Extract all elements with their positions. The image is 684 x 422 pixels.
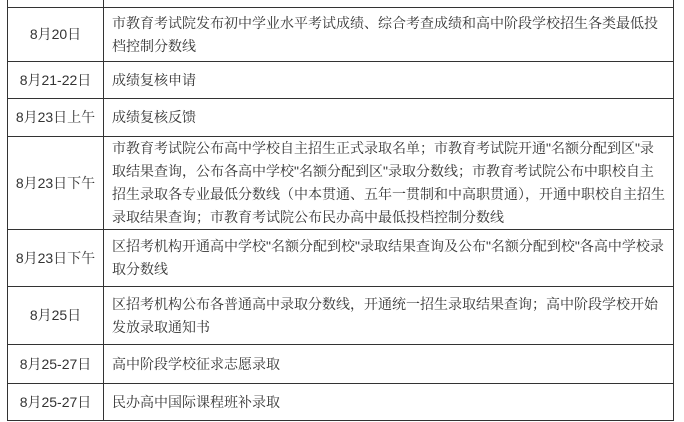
- event-text: 民办高中国际课程班补录取: [112, 391, 280, 414]
- date-cell: 8月25-27日: [8, 384, 104, 420]
- table-row: 8月25日 区招考机构公布各普通高中录取分数线，开通统一招生录取结果查询；高中阶…: [8, 287, 673, 345]
- table-row: 8月25-27日 民办高中国际课程班补录取: [8, 384, 673, 421]
- date-text: 8月25-27日: [20, 353, 92, 376]
- event-cell: 高中阶段学校征求志愿录取: [104, 345, 673, 383]
- event-text: 市教育考试院发布初中学业水平考试成绩、综合考查成绩和高中阶段学校招生各类最低投档…: [112, 12, 667, 58]
- date-cell: [8, 0, 104, 7]
- event-text: 高中阶段学校征求志愿录取: [112, 353, 280, 376]
- table-row: 8月21-22日 成绩复核申请: [8, 62, 673, 99]
- event-text: 成绩复核反馈: [112, 106, 196, 129]
- event-cell: 区招考机构开通高中学校"名额分配到校"录取结果查询及公布"名额分配到校"各高中学…: [104, 230, 673, 286]
- admission-schedule-table: 8月20日 市教育考试院发布初中学业水平考试成绩、综合考查成绩和高中阶段学校招生…: [7, 0, 674, 421]
- event-text: 区招考机构公布各普通高中录取分数线，开通统一招生录取结果查询；高中阶段学校开始发…: [112, 293, 667, 339]
- table-row: 8月23日下午 市教育考试院公布高中学校自主招生正式录取名单；市教育考试院开通"…: [8, 137, 673, 230]
- date-text: 8月23日上午: [16, 106, 95, 129]
- date-cell: 8月21-22日: [8, 62, 104, 98]
- date-cell: 8月23日上午: [8, 99, 104, 136]
- date-cell: 8月23日下午: [8, 230, 104, 286]
- date-cell: 8月25-27日: [8, 345, 104, 383]
- event-cell: [104, 0, 673, 7]
- date-text: 8月25日: [30, 304, 81, 327]
- event-cell: 成绩复核申请: [104, 62, 673, 98]
- table-row: 8月25-27日 高中阶段学校征求志愿录取: [8, 345, 673, 384]
- date-text: 8月20日: [30, 23, 81, 46]
- event-text: 成绩复核申请: [112, 69, 196, 92]
- table-row: 8月20日 市教育考试院发布初中学业水平考试成绩、综合考查成绩和高中阶段学校招生…: [8, 8, 673, 62]
- date-text: 8月25-27日: [20, 391, 92, 414]
- event-cell: 区招考机构公布各普通高中录取分数线，开通统一招生录取结果查询；高中阶段学校开始发…: [104, 287, 673, 344]
- event-text: 市教育考试院公布高中学校自主招生正式录取名单；市教育考试院开通"名额分配到区"录…: [112, 137, 667, 229]
- table-row: 8月23日下午 区招考机构开通高中学校"名额分配到校"录取结果查询及公布"名额分…: [8, 230, 673, 287]
- event-cell: 市教育考试院发布初中学业水平考试成绩、综合考查成绩和高中阶段学校招生各类最低投档…: [104, 8, 673, 61]
- event-cell: 成绩复核反馈: [104, 99, 673, 136]
- event-cell: 市教育考试院公布高中学校自主招生正式录取名单；市教育考试院开通"名额分配到区"录…: [104, 137, 673, 229]
- date-cell: 8月25日: [8, 287, 104, 344]
- event-text: 区招考机构开通高中学校"名额分配到校"录取结果查询及公布"名额分配到校"各高中学…: [112, 235, 667, 281]
- event-cell: 民办高中国际课程班补录取: [104, 384, 673, 420]
- date-text: 8月23日下午: [16, 172, 95, 195]
- table-row: 8月23日上午 成绩复核反馈: [8, 99, 673, 137]
- date-text: 8月23日下午: [16, 247, 95, 270]
- date-cell: 8月20日: [8, 8, 104, 61]
- date-cell: 8月23日下午: [8, 137, 104, 229]
- table-row-partial: [8, 0, 673, 8]
- date-text: 8月21-22日: [20, 69, 92, 92]
